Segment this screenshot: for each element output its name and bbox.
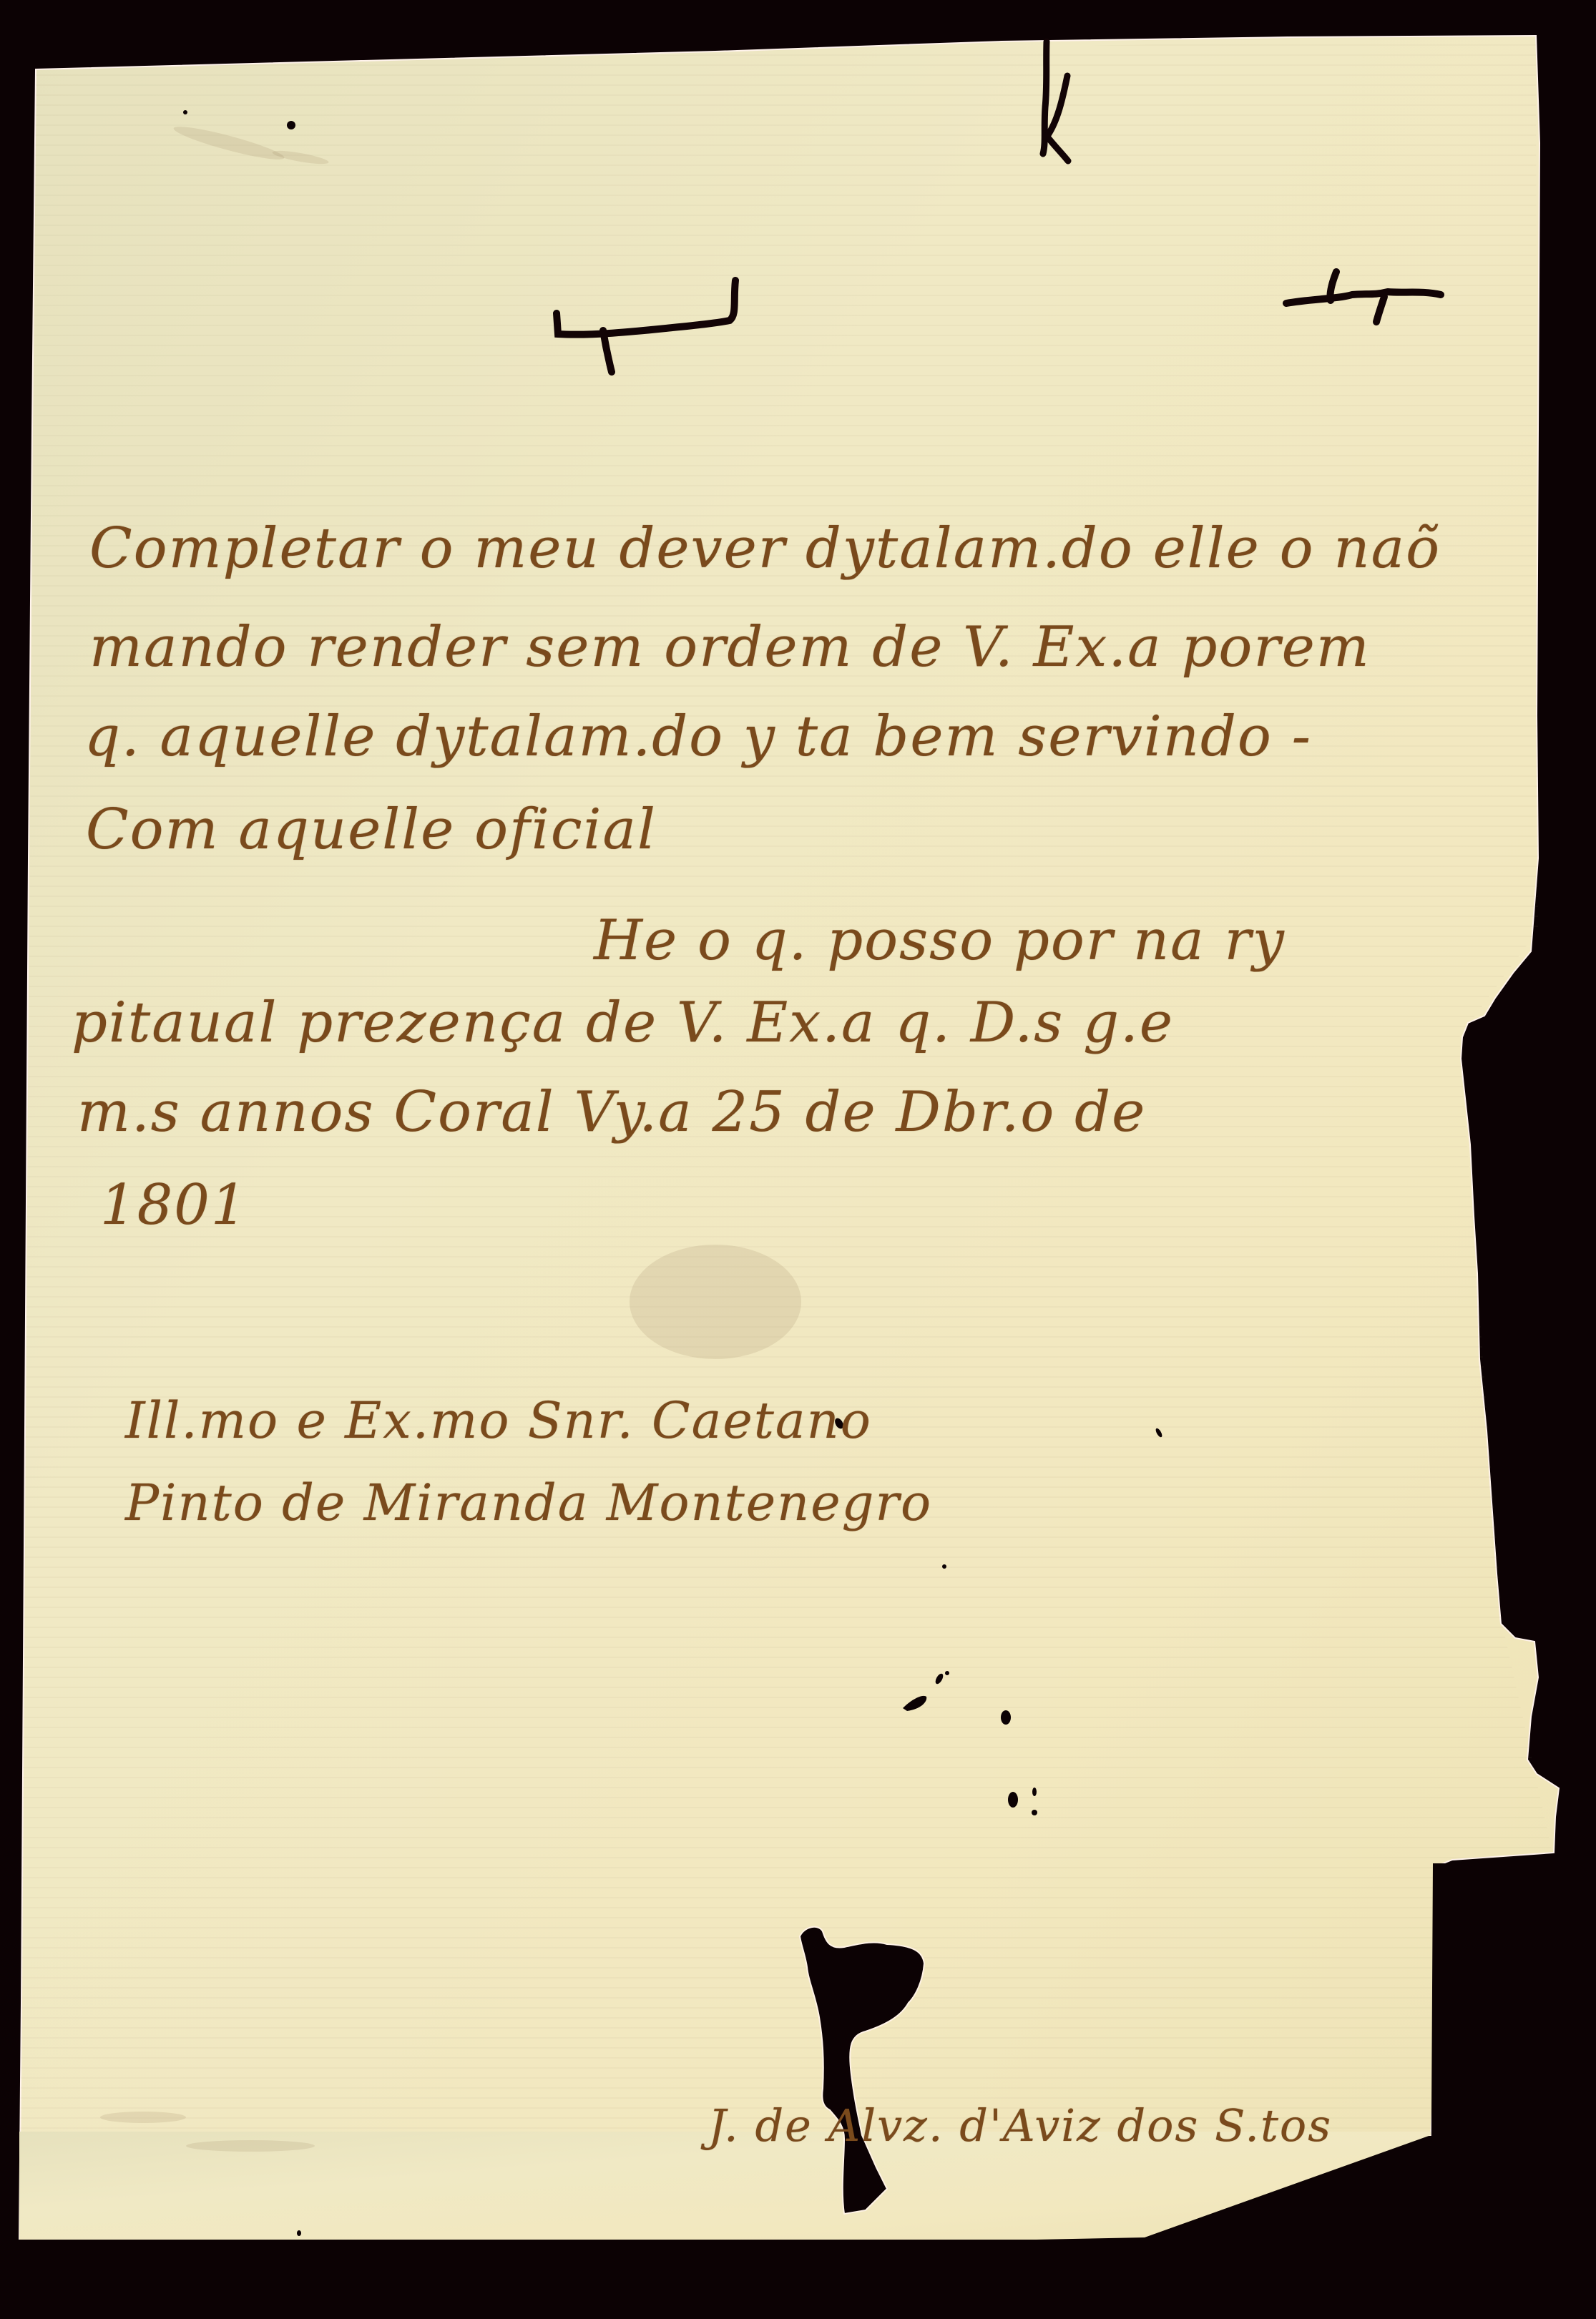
paper-hole xyxy=(183,110,187,114)
letter-date-year: 1801 xyxy=(100,1173,248,1237)
paper-hole xyxy=(942,1564,946,1569)
paper-hole xyxy=(1008,1792,1018,1808)
paper-hole xyxy=(945,1671,949,1675)
manuscript-page xyxy=(0,0,1596,2319)
addressee-line-2: Pinto de Miranda Montenegro xyxy=(125,1474,932,1532)
letter-line-7: m.s annos Coral Vy.a 25 de Dbr.o de xyxy=(77,1080,1146,1144)
letter-line-4: Com aquelle oficial xyxy=(86,798,657,862)
signature: J. de Alvz. d'Aviz dos S.tos xyxy=(708,2099,1332,2152)
addressee-line-1: Ill.mo e Ex.mo Snr. Caetano xyxy=(125,1391,872,1450)
letter-line-1: Completar o meu dever dytalam.do elle o … xyxy=(89,516,1441,581)
paper-hole xyxy=(287,121,295,129)
paper-hole xyxy=(1001,1710,1011,1725)
paper-hole xyxy=(1032,1810,1037,1815)
paper-hole xyxy=(297,2230,301,2236)
letter-line-6: pitaual prezença de V. Ex.a q. D.s g.e xyxy=(72,991,1174,1055)
letter-line-2: mando render sem ordem de V. Ex.a porem xyxy=(89,615,1371,680)
letter-line-5: He o q. posso por na ry xyxy=(594,908,1286,973)
paper-hole xyxy=(1032,1788,1037,1796)
letter-line-3: q. aquelle dytalam.do y ta bem servindo … xyxy=(84,705,1312,769)
